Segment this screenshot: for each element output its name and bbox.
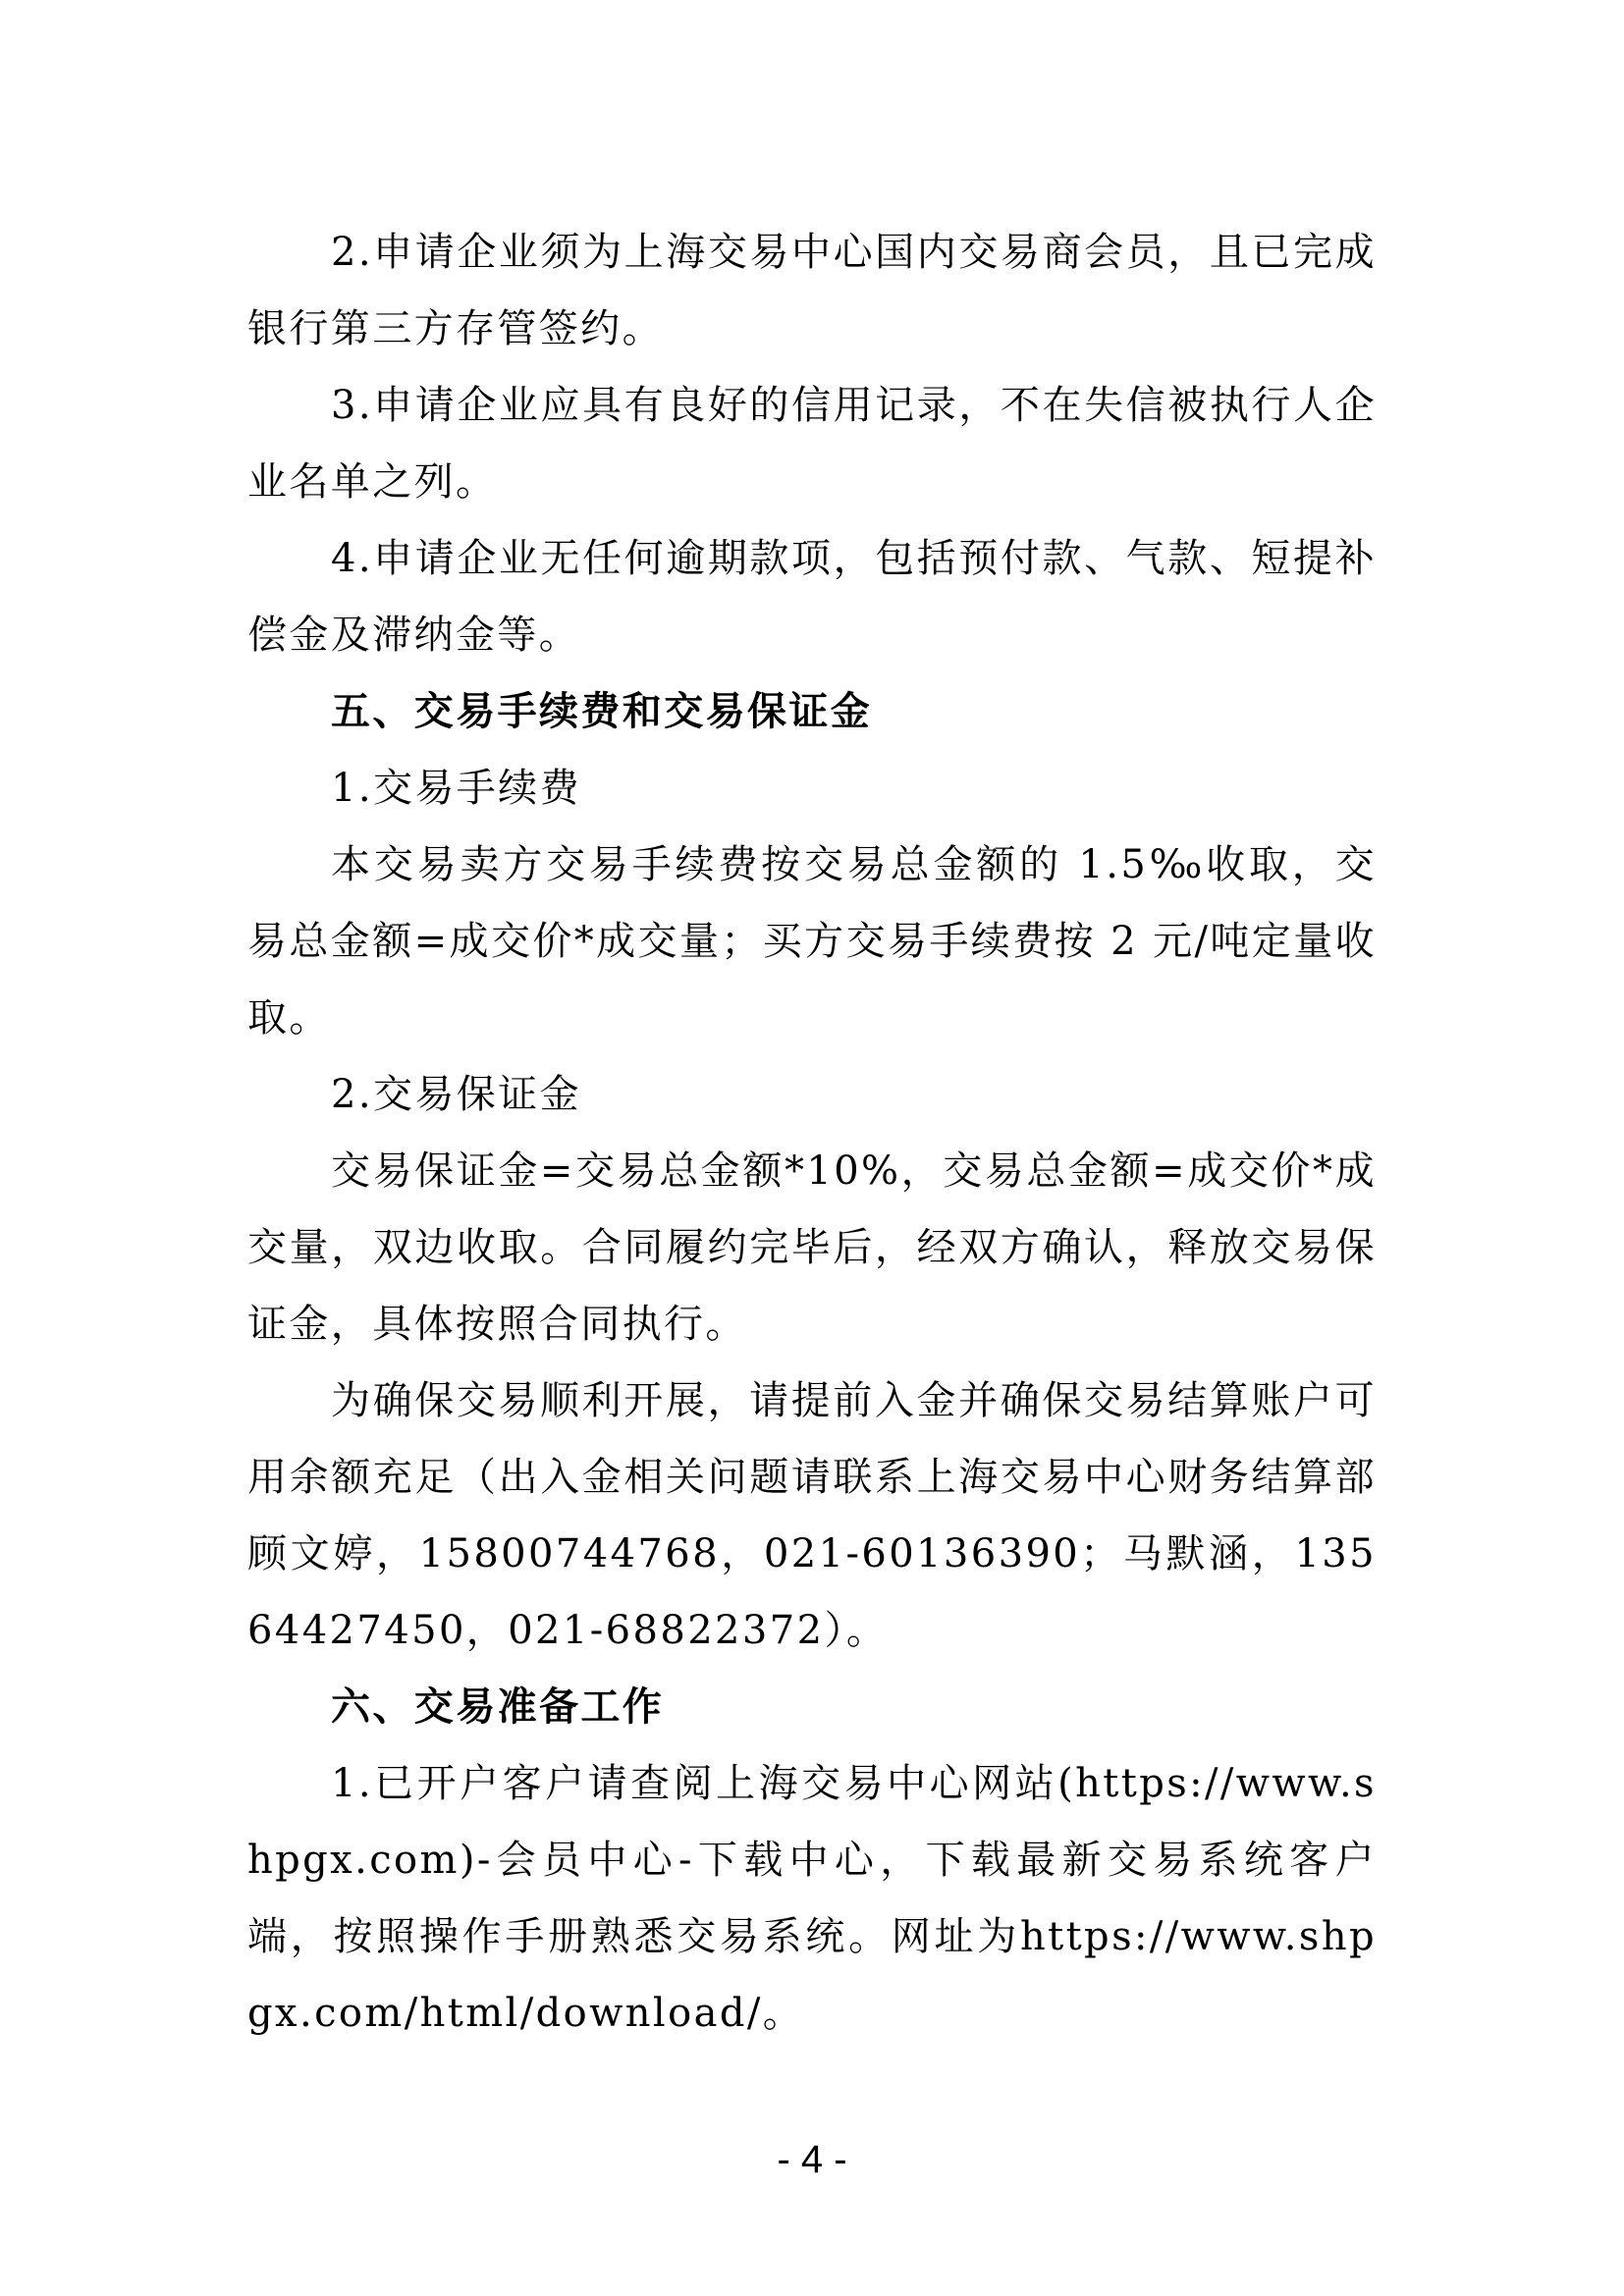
requirement-item-4: 4.申请企业无任何逾期款项，包括预付款、气款、短提补偿金及滞纳金等。 <box>247 520 1377 673</box>
section-heading-fees: 五、交易手续费和交易保证金 <box>247 673 1377 750</box>
requirement-item-3: 3.申请企业应具有良好的信用记录，不在失信被执行人企业名单之列。 <box>247 367 1377 520</box>
subheading-margin: 2.交易保证金 <box>247 1056 1377 1133</box>
document-page: 2.申请企业须为上海交易中心国内交易商会员，且已完成银行第三方存管签约。 3.申… <box>247 214 1377 2052</box>
subheading-transaction-fee: 1.交易手续费 <box>247 750 1377 827</box>
preparation-item-1: 1.已开户客户请查阅上海交易中心网站(https://www.shpgx.com… <box>247 1745 1377 2052</box>
funding-contact-body: 为确保交易顺利开展，请提前入金并确保交易结算账户可用余额充足（出入金相关问题请联… <box>247 1362 1377 1669</box>
page-number: - 4 - <box>0 2138 1624 2182</box>
requirement-item-2: 2.申请企业须为上海交易中心国内交易商会员，且已完成银行第三方存管签约。 <box>247 214 1377 367</box>
transaction-fee-body: 本交易卖方交易手续费按交易总金额的 1.5‰收取，交易总金额=成交价*成交量；买… <box>247 827 1377 1056</box>
margin-body: 交易保证金=交易总金额*10%，交易总金额=成交价*成交量，双边收取。合同履约完… <box>247 1133 1377 1362</box>
section-heading-preparation: 六、交易准备工作 <box>247 1669 1377 1745</box>
